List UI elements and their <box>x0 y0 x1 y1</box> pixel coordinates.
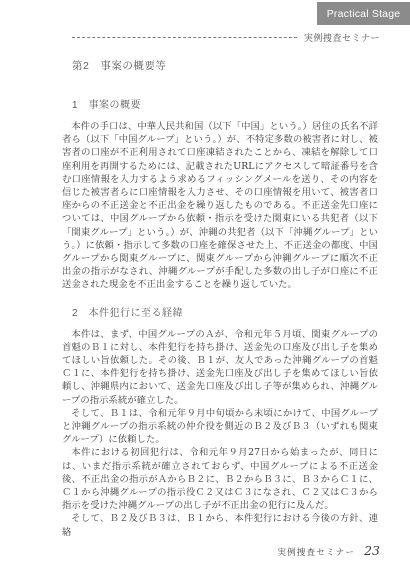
section-2-heading: 2 本件犯行に至る経緯 <box>72 304 378 319</box>
section-1-heading: 1 事案の概要 <box>72 96 378 111</box>
page-footer: 実例捜査セミナー 23 <box>277 543 380 558</box>
section-2-paragraph-4: そして、Ｂ２及びＢ３は、Ｂ１から、本件犯行における今後の方針、連絡 <box>62 512 378 538</box>
page-title: 第2 事案の概要等 <box>72 58 378 73</box>
series-label: 実例捜査セミナー <box>304 31 380 44</box>
practical-stage-badge: Practical Stage <box>317 2 410 25</box>
section-2-body: 本件は、まず、中国グループのＡが、令和元年５月頃、関東グループの首魁のＢ１に対し… <box>62 328 378 539</box>
document-content: 第2 事案の概要等 1 事案の概要 本件の手口は、中華人民共和国（以下「中国」と… <box>62 54 378 539</box>
section-2-paragraph-2: そして、Ｂ１は、令和元年９月中旬頃から末頃にかけて、中国グループと沖縄グループの… <box>62 407 378 447</box>
section-2-paragraph-3: 本件における初回犯行は、令和元年９月27日から始まったが、同日には、いまだ指示系… <box>62 446 378 512</box>
section-1-body: 本件の手口は、中華人民共和国（以下「中国」という。）居住の氏名不詳者ら（以下「中… <box>62 120 378 292</box>
section-1-paragraph: 本件の手口は、中華人民共和国（以下「中国」という。）居住の氏名不詳者ら（以下「中… <box>62 120 378 292</box>
dashed-rule <box>72 37 297 38</box>
footer-series-label: 実例捜査セミナー <box>277 546 355 558</box>
page-number: 23 <box>364 543 380 558</box>
document-page: Practical Stage 実例捜査セミナー 第2 事案の概要等 1 事案の… <box>0 0 410 580</box>
section-2-paragraph-1: 本件は、まず、中国グループのＡが、令和元年５月頃、関東グループの首魁のＢ１に対し… <box>62 328 378 407</box>
header-rule-row: 実例捜査セミナー <box>72 31 380 44</box>
